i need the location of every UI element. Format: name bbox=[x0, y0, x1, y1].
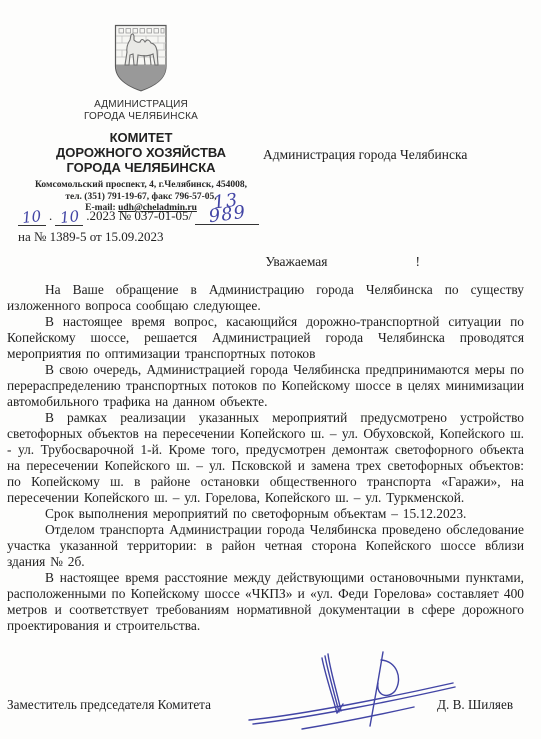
body-paragraph: Срок выполнения мероприятий по светофорн… bbox=[7, 506, 524, 522]
greeting-line: Уважаемая ! bbox=[0, 254, 420, 270]
chelyabinsk-coat-of-arms-camel-emblem bbox=[114, 24, 168, 93]
committee-line3: ГОРОДА ЧЕЛЯБИНСКА bbox=[16, 160, 266, 175]
body-paragraph: В настоящее время расстояние между дейст… bbox=[7, 570, 524, 634]
letter-body: На Ваше обращение в Администрацию города… bbox=[7, 282, 524, 634]
handwritten-day: 10 bbox=[22, 209, 42, 225]
body-paragraph: В настоящее время вопрос, касающийся дор… bbox=[7, 314, 524, 362]
outgoing-number-line: 10 . 10 .2023 № 037-01-05/ 13 989 bbox=[18, 201, 259, 225]
signer-position: Заместитель председателя Комитета bbox=[7, 697, 211, 713]
handwritten-number-blank: 13 989 bbox=[195, 198, 259, 225]
committee-line2: ДОРОЖНОГО ХОЗЯЙСТВА bbox=[16, 145, 266, 160]
date-separator: . bbox=[46, 208, 55, 225]
org-name-line2: ГОРОДА ЧЕЛЯБИНСКА bbox=[16, 111, 266, 123]
outgoing-number-prefix: .2023 № 037-01-05/ bbox=[83, 208, 195, 225]
salutation: Уважаемая bbox=[265, 254, 327, 270]
reference-block: 10 . 10 .2023 № 037-01-05/ 13 989 на № 1… bbox=[18, 201, 259, 245]
handwritten-month: 10 bbox=[59, 209, 79, 225]
handwritten-signature bbox=[246, 646, 460, 734]
recipient: Администрация города Челябинска bbox=[263, 147, 467, 163]
scanned-letter-page: АДМИНИСТРАЦИЯ ГОРОДА ЧЕЛЯБИНСКА КОМИТЕТ … bbox=[0, 0, 541, 739]
letterhead: АДМИНИСТРАЦИЯ ГОРОДА ЧЕЛЯБИНСКА КОМИТЕТ … bbox=[16, 24, 266, 215]
body-paragraph: На Ваше обращение в Администрацию города… bbox=[7, 282, 524, 314]
body-paragraph: В свою очередь, Администрацией города Че… bbox=[7, 362, 524, 410]
body-paragraph: В рамках реализации указанных мероприяти… bbox=[7, 410, 524, 506]
handwritten-day-blank: 10 bbox=[18, 210, 46, 226]
org-name-line1: АДМИНИСТРАЦИЯ bbox=[16, 99, 266, 111]
committee-line1: КОМИТЕТ bbox=[16, 130, 266, 145]
reply-to-line: на № 1389-5 от 15.09.2023 bbox=[18, 229, 259, 245]
body-paragraph: Отделом транспорта Администрации города … bbox=[7, 522, 524, 570]
handwritten-month-blank: 10 bbox=[55, 210, 83, 226]
greeting-exclamation: ! bbox=[416, 254, 421, 270]
